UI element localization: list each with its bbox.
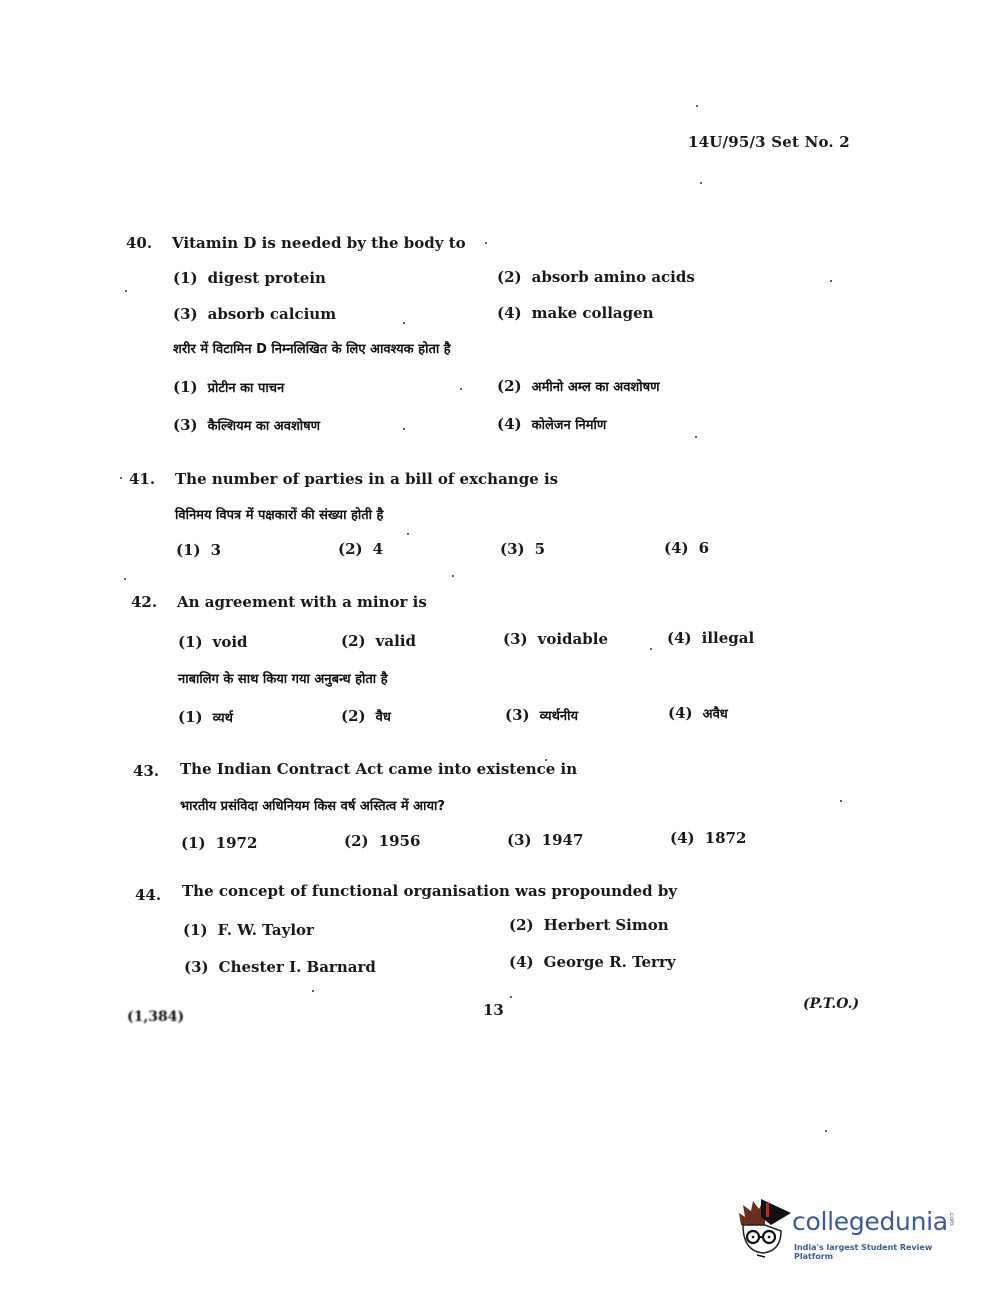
scan-speck [696,105,698,107]
option-1: (1)3 [176,541,221,559]
option-2: (2)valid [341,632,416,650]
scan-speck [407,533,409,535]
option-3: (3)1947 [507,831,583,849]
scan-speck [120,477,122,479]
scan-speck [545,759,547,761]
pto-label: (P.T.O.) [803,996,859,1012]
option-4: (4)1872 [670,829,746,847]
option-3: (3)5 [500,540,545,558]
booklet-code: (1,384) [127,1009,184,1025]
question-text-hi: विनिमय विपत्र में पक्षकारों की संख्या हो… [175,505,383,523]
question-text-en: The concept of functional organisation w… [182,882,677,900]
question-number: 42. [131,593,157,611]
scan-speck [312,990,314,992]
option-4: (4)illegal [667,629,754,647]
option-2: (2)Herbert Simon [509,916,669,934]
question-text-hi: शरीर में विटामिन D निम्नलिखित के लिए आवश… [173,339,451,357]
question-text-hi: भारतीय प्रसंविदा अधिनियम किस वर्ष अस्तित… [180,796,445,814]
option-hi-3: (3)व्यर्थनीय [505,706,578,724]
option-4: (4)6 [664,539,709,557]
option-3: (3)voidable [503,630,608,648]
option-3: (3)Chester I. Barnard [184,958,376,976]
scan-speck [650,648,652,650]
option-2: (2)1956 [344,832,420,850]
option-1: (1)void [178,633,248,651]
option-2: (2)4 [338,540,383,558]
option-hi-4: (4)अवैध [668,704,728,722]
paper-code: 14U/95/3 Set No. 2 [688,133,850,151]
option-3: (3)absorb calcium [173,305,336,323]
option-hi-1: (1)प्रोटीन का पाचन [173,378,284,396]
question-text-en: The number of parties in a bill of excha… [175,470,558,488]
option-2: (2)absorb amino acids [497,268,695,286]
scan-speck [840,800,842,802]
option-hi-1: (1)व्यर्थ [178,708,233,726]
scan-speck [403,428,405,430]
option-4: (4)make collagen [497,304,654,322]
brand-tagline: India's largest Student Review Platform [794,1243,965,1261]
question-text-en: Vitamin D is needed by the body to [172,234,466,252]
mascot-icon [735,1195,793,1263]
scan-speck [695,436,697,438]
exam-page: 14U/95/3 Set No. 2 40. Vitamin D is need… [0,0,993,1303]
scan-speck [124,578,126,580]
option-1: (1)1972 [181,834,257,852]
brand-name: collegedunia [792,1207,948,1236]
question-number: 43. [133,762,159,780]
page-number: 13 [483,1001,504,1019]
question-number: 44. [135,886,161,904]
scan-speck [700,182,702,184]
option-1: (1)digest protein [173,269,326,287]
option-hi-2: (2)वैध [341,707,391,725]
scan-speck [825,1130,827,1132]
brand-domain: .com [948,1211,955,1226]
question-text-en: An agreement with a minor is [177,593,427,611]
collegedunia-watermark: collegedunia .com India's largest Studen… [735,1195,965,1265]
question-number: 41. [129,470,155,488]
scan-speck [460,388,462,390]
scan-speck [485,242,487,244]
scan-speck [510,996,512,998]
scan-speck [403,322,405,324]
option-hi-4: (4)कोलेजन निर्माण [497,415,606,433]
question-text-hi: नाबालिग के साथ किया गया अनुबन्ध होता है [178,669,388,687]
option-4: (4)George R. Terry [509,953,676,971]
question-number: 40. [126,234,152,252]
scan-speck [452,575,454,577]
option-hi-2: (2)अमीनो अम्ल का अवशोषण [497,377,660,395]
question-text-en: The Indian Contract Act came into existe… [180,760,577,778]
option-hi-3: (3)कैल्शियम का अवशोषण [173,416,320,434]
option-1: (1)F. W. Taylor [183,921,314,939]
scan-speck [830,280,832,282]
scan-speck [125,290,127,292]
